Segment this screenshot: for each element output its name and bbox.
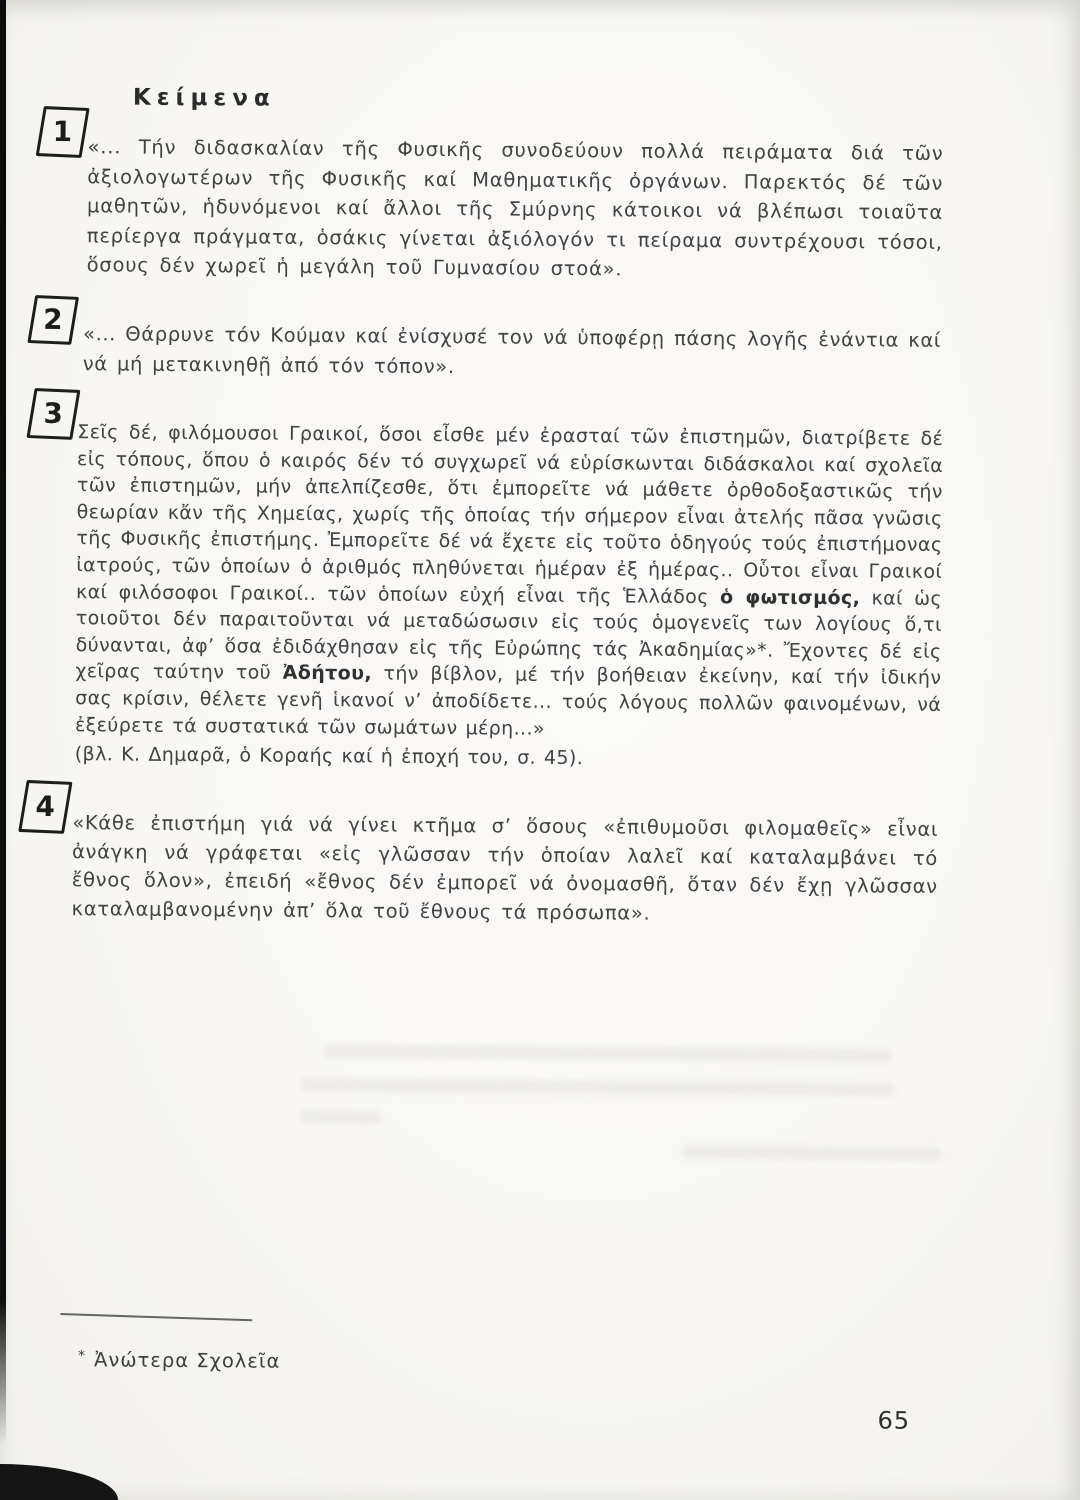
passage-3-citation: (βλ. Κ. Δημαρᾶ, ὁ Κοραής καί ἡ ἐποχή του… <box>75 741 941 774</box>
passage-4-number: 4 <box>36 793 56 821</box>
footnote-divider <box>60 1313 252 1321</box>
passage-2-number-box: 2 <box>27 295 79 345</box>
bleed-through-line <box>682 1145 942 1161</box>
page-content: Κείμενα 1 «... Τήν διδασκαλίαν τῆς Φυσικ… <box>0 0 1080 1500</box>
bleed-through-line <box>322 1044 892 1062</box>
passage-2-text: «... Θάρρυνε τόν Κούμαν καί ἐνίσχυσέ τον… <box>83 319 941 385</box>
passage-1-number-box: 1 <box>36 106 90 158</box>
passage-2-number: 2 <box>43 306 63 334</box>
footnote: *Ἀνώτερα Σχολεῖα <box>78 1348 281 1373</box>
passage-1-number: 1 <box>53 118 73 146</box>
footnote-text: Ἀνώτερα Σχολεῖα <box>94 1348 281 1372</box>
scanned-book-page: Κείμενα 1 «... Τήν διδασκαλίαν τῆς Φυσικ… <box>0 0 1080 1500</box>
bleed-through-line <box>300 1078 895 1097</box>
passage-3-segment-1: Σεῖς δέ, φιλόμουσοι Γραικοί, ὅσοι εἶσθε … <box>76 421 943 608</box>
page-title: Κείμενα <box>133 85 276 112</box>
bleed-through-line <box>300 1110 382 1125</box>
passage-3-bold-phrase-2: Ἀδήτου, <box>283 662 372 685</box>
passage-4-text: «Κάθε ἐπιστήμη γιά νά γίνει κτῆμα σ’ ὅσο… <box>71 809 938 930</box>
footnote-marker: * <box>78 1348 86 1364</box>
passage-3-text: Σεῖς δέ, φιλόμουσοι Γραικοί, ὅσοι εἶσθε … <box>75 419 944 775</box>
passage-3-bold-phrase-1: ὁ φωτισμός, <box>720 586 860 609</box>
page-number: 65 <box>877 1406 910 1434</box>
passage-3-number-box: 3 <box>26 388 80 440</box>
passage-1-text: «... Τήν διδασκαλίαν τῆς Φυσικῆς συνοδεύ… <box>87 132 944 286</box>
passage-3-number: 3 <box>44 400 64 428</box>
passage-4-number-box: 4 <box>18 780 72 834</box>
